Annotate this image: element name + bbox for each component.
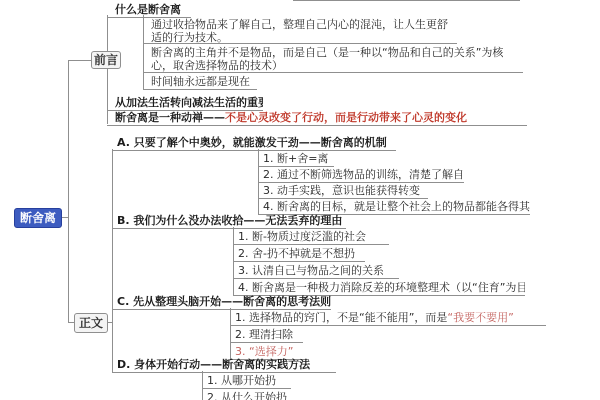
section-b-item-1[interactable]: 1. 断-物质过度泛滥的社会	[233, 229, 389, 245]
mindmap-canvas: 断舍离 前言 正文 什么是断舍离 通过收拾物品来了解自己，整理自己内心的混沌，让…	[0, 0, 600, 400]
node-what-is-title[interactable]: 什么是断舍离	[107, 2, 191, 18]
node-what-is-note-1[interactable]: 通过收拾物品来了解自己，整理自己内心的混沌，让人生更舒适的行为技术。	[143, 17, 457, 44]
section-d-item-2[interactable]: 2. 从什么开始扔	[202, 390, 304, 400]
node-shift[interactable]: 从加法生活转向减法生活的重要性	[107, 95, 263, 111]
section-b-title[interactable]: B. 我们为什么没办法收拾——无法丢弃的理由	[112, 213, 346, 229]
zen-prefix-text: 断舍离是一种动禅——	[115, 111, 225, 124]
main-branch-line	[112, 149, 113, 372]
section-c-title[interactable]: C. 先从整理头脑开始——断舍离的思考法则	[112, 294, 331, 310]
section-a-item-1[interactable]: 1. 断+舍=离	[258, 151, 334, 167]
node-what-is-note-3[interactable]: 时间轴永远都是现在	[143, 74, 257, 90]
c-item-1-prefix-text: 1. 选择物品的窍门，不是“能不能用”，而是	[235, 311, 447, 324]
section-b-item-3[interactable]: 3. 认清自己与物品之间的关系	[233, 263, 399, 279]
branch-preface-node[interactable]: 前言	[91, 51, 121, 69]
section-b-item-2[interactable]: 2. 舍-扔不掉就是不想扔	[233, 246, 365, 262]
zen-highlight-text: 不是心灵改变了行动，而是行动带来了心灵的变化	[225, 111, 467, 124]
trunk-line	[68, 60, 69, 323]
section-c-item-2[interactable]: 2. 理清扫除	[230, 327, 303, 343]
c-item-1-highlight-text: “我要不要用”	[447, 311, 513, 324]
root-connector-line	[62, 217, 68, 218]
section-d-item-1[interactable]: 1. 从哪开始扔	[202, 373, 291, 389]
main-connector-right-line	[108, 322, 112, 323]
section-c-item-1[interactable]: 1. 选择物品的窍门，不是“能不能用”，而是“我要不要用”	[230, 310, 546, 326]
preface-connector-line	[68, 60, 91, 61]
node-zen[interactable]: 断舍离是一种动禅——不是心灵改变了行动，而是行动带来了心灵的变化	[107, 110, 527, 126]
section-d-title[interactable]: D. 身体开始行动——断舍离的实践方法	[112, 357, 336, 373]
node-what-is-note-2[interactable]: 断舍离的主角并不是物品，而是自己（是一种以“物品和自己的关系”为核心，取舍选择物…	[143, 45, 523, 73]
section-a-item-3[interactable]: 3. 动手实践，意识也能获得转变	[258, 183, 428, 199]
cropped-edge-line	[293, 0, 520, 1]
section-a-item-2[interactable]: 2. 通过不断筛选物品的训练，清楚了解自己	[258, 167, 464, 183]
section-a-title[interactable]: A. 只要了解个中奥妙，就能激发干劲——断舍离的机制	[112, 135, 396, 151]
branch-main-node[interactable]: 正文	[74, 313, 108, 333]
root-node[interactable]: 断舍离	[14, 208, 62, 228]
